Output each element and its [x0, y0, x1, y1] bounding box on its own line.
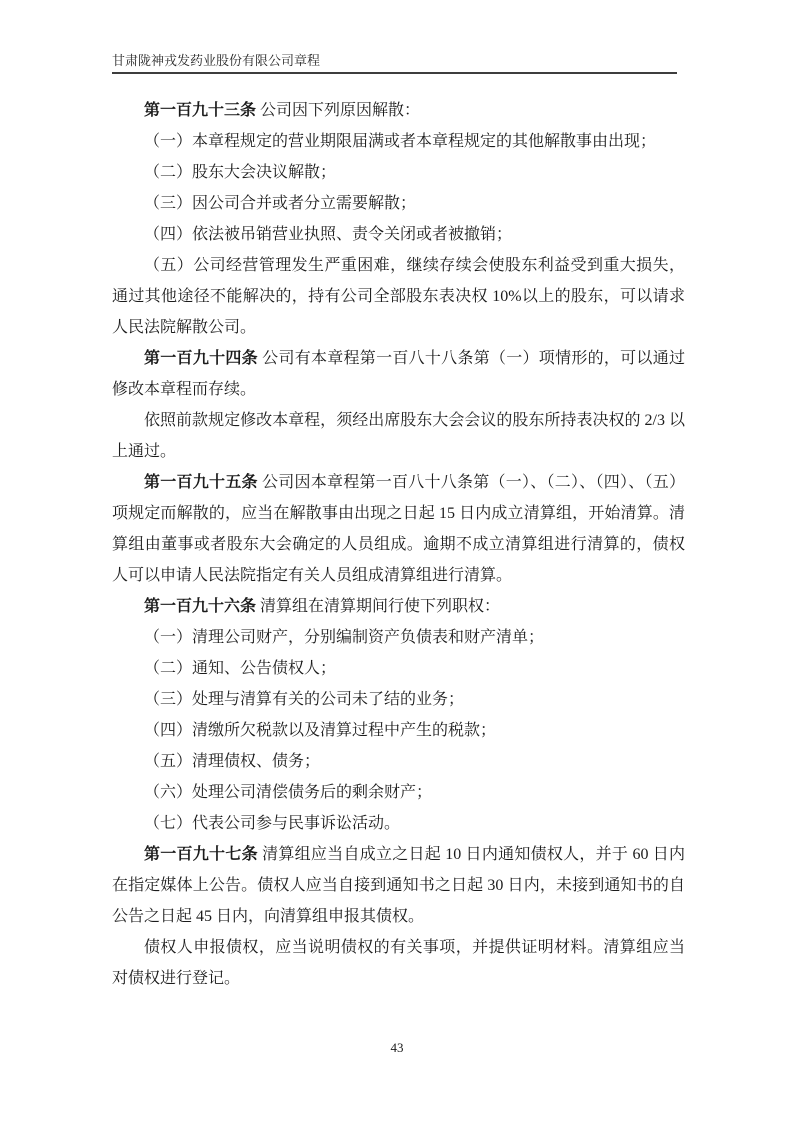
paragraph-text: （三）因公司合并或者分立需要解散；: [144, 195, 416, 212]
paragraph-text: （一）本章程规定的营业期限届满或者本章程规定的其他解散事由出现；: [144, 133, 656, 150]
paragraph-text: （五）清理债权、债务；: [144, 753, 320, 770]
article-number: 第一百九十三条: [144, 102, 256, 119]
paragraph: （五）清理债权、债务；: [112, 746, 685, 777]
paragraph: 第一百九十五条 公司因本章程第一百八十八条第（一）、（二）、（四）、（五）项规定…: [112, 467, 685, 591]
paragraph: 第一百九十七条 清算组应当自成立之日起 10 日内通知债权人，并于 60 日内在…: [112, 839, 685, 932]
page-number: 43: [391, 1040, 404, 1055]
paragraph: 依照前款规定修改本章程，须经出席股东大会会议的股东所持表决权的 2/3 以上通过…: [112, 405, 685, 467]
article-number: 第一百九十五条: [144, 474, 258, 491]
paragraph-text: （五）公司经营管理发生严重困难，继续存续会使股东利益受到重大损失，通过其他途径不…: [112, 257, 685, 336]
article-number: 第一百九十七条: [144, 846, 258, 863]
paragraph: 第一百九十六条 清算组在清算期间行使下列职权：: [112, 591, 685, 622]
paragraph: （二）股东大会决议解散；: [112, 157, 685, 188]
paragraph: 债权人申报债权，应当说明债权的有关事项，并提供证明材料。清算组应当对债权进行登记…: [112, 932, 685, 994]
document-body: 第一百九十三条 公司因下列原因解散： （一）本章程规定的营业期限届满或者本章程规…: [112, 95, 685, 994]
paragraph: （五）公司经营管理发生严重困难，继续存续会使股东利益受到重大损失，通过其他途径不…: [112, 250, 685, 343]
paragraph-text: 债权人申报债权，应当说明债权的有关事项，并提供证明材料。清算组应当对债权进行登记…: [112, 939, 685, 987]
paragraph: （三）因公司合并或者分立需要解散；: [112, 188, 685, 219]
paragraph-text: 依照前款规定修改本章程，须经出席股东大会会议的股东所持表决权的 2/3 以上通过…: [112, 412, 685, 460]
header-title: 甘肃陇神戎发药业股份有限公司章程: [112, 53, 677, 69]
paragraph-text: 公司因下列原因解散：: [256, 102, 420, 119]
paragraph: （七）代表公司参与民事诉讼活动。: [112, 808, 685, 839]
paragraph-text: （六）处理公司清偿债务后的剩余财产；: [144, 784, 432, 801]
page-footer: 43: [0, 1039, 794, 1057]
paragraph-text: （三）处理与清算有关的公司未了结的业务；: [144, 691, 464, 708]
document-page: 甘肃陇神戎发药业股份有限公司章程 第一百九十三条 公司因下列原因解散： （一）本…: [0, 0, 794, 1122]
paragraph-text: （四）清缴所欠税款以及清算过程中产生的税款；: [144, 722, 496, 739]
page-header: 甘肃陇神戎发药业股份有限公司章程: [112, 53, 677, 74]
paragraph-text: （一）清理公司财产，分别编制资产负债表和财产清单；: [144, 629, 544, 646]
paragraph: 第一百九十四条 公司有本章程第一百八十八条第（一）项情形的，可以通过修改本章程而…: [112, 343, 685, 405]
paragraph-text: （四）依法被吊销营业执照、责令关闭或者被撤销；: [144, 226, 512, 243]
paragraph: （三）处理与清算有关的公司未了结的业务；: [112, 684, 685, 715]
paragraph-text: （二）通知、公告债权人；: [144, 660, 336, 677]
paragraph-text: （二）股东大会决议解散；: [144, 164, 336, 181]
paragraph: （一）清理公司财产，分别编制资产负债表和财产清单；: [112, 622, 685, 653]
paragraph: （一）本章程规定的营业期限届满或者本章程规定的其他解散事由出现；: [112, 126, 685, 157]
paragraph: （六）处理公司清偿债务后的剩余财产；: [112, 777, 685, 808]
paragraph: （二）通知、公告债权人；: [112, 653, 685, 684]
paragraph: （四）依法被吊销营业执照、责令关闭或者被撤销；: [112, 219, 685, 250]
paragraph-text: （七）代表公司参与民事诉讼活动。: [144, 815, 400, 832]
paragraph: 第一百九十三条 公司因下列原因解散：: [112, 95, 685, 126]
article-number: 第一百九十六条: [144, 598, 256, 615]
paragraph-text: 清算组在清算期间行使下列职权：: [256, 598, 500, 615]
article-number: 第一百九十四条: [144, 350, 258, 367]
paragraph: （四）清缴所欠税款以及清算过程中产生的税款；: [112, 715, 685, 746]
